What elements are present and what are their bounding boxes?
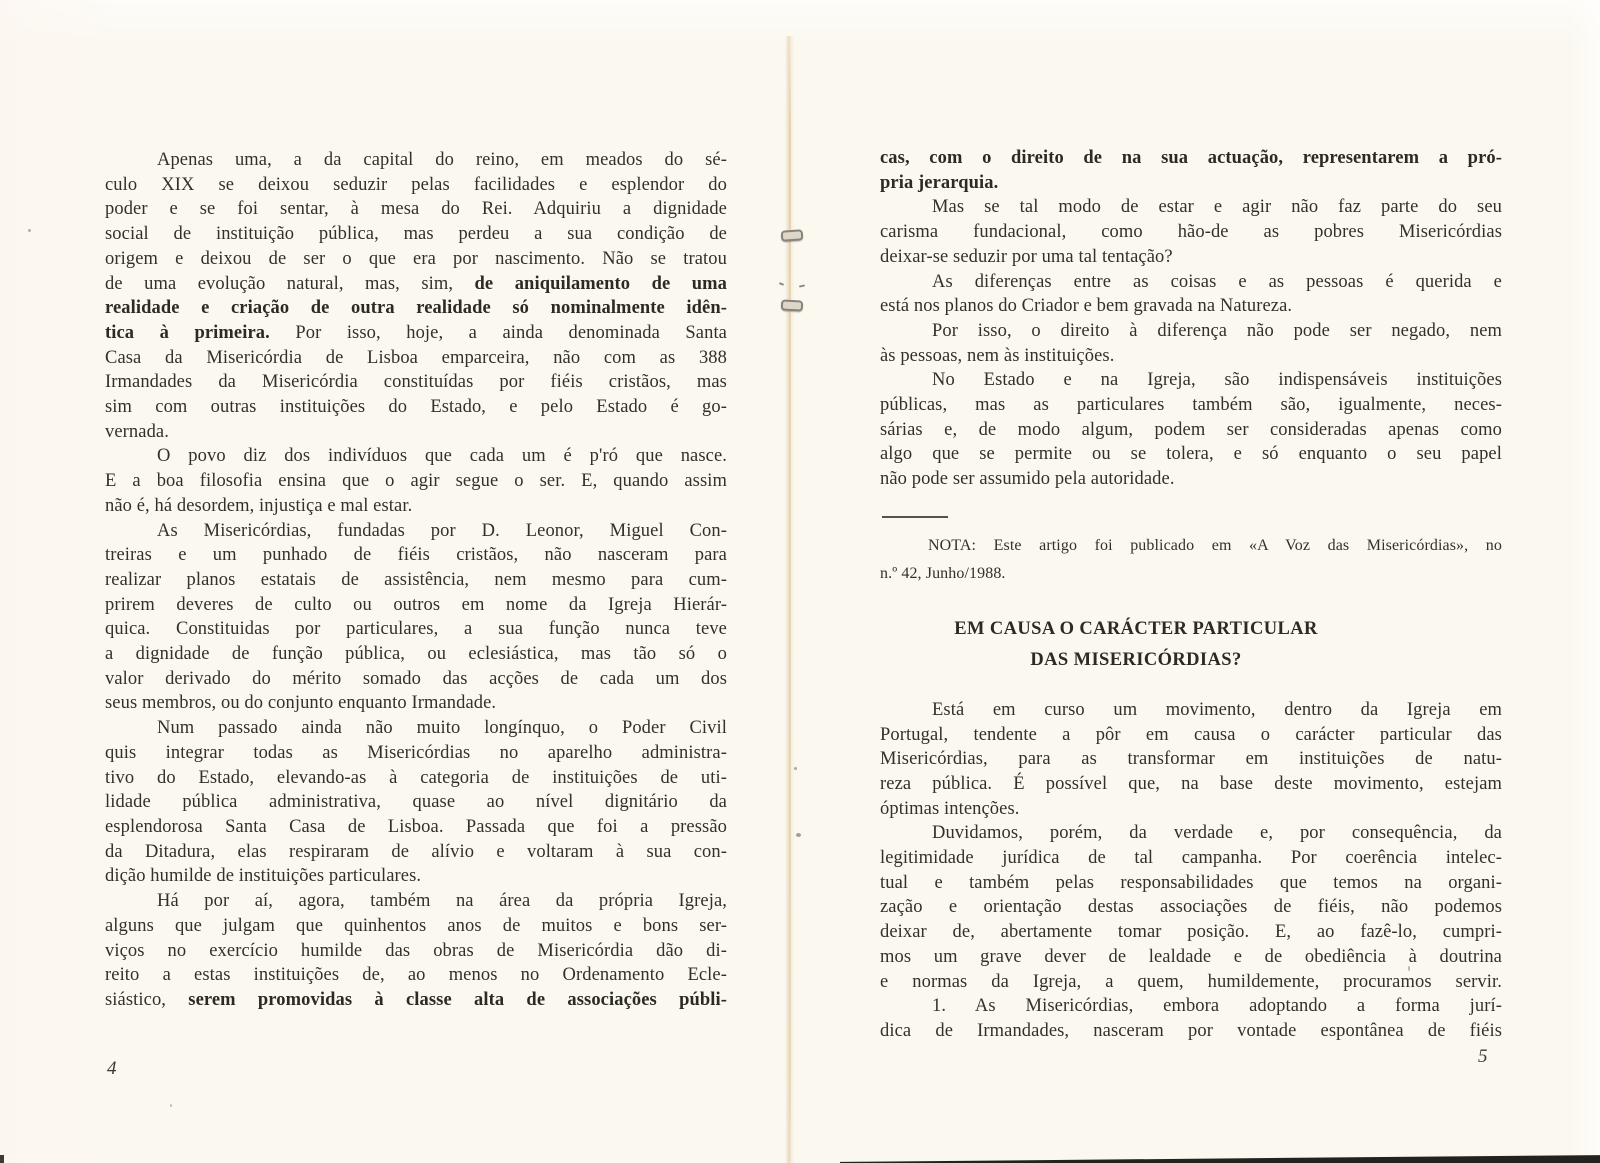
text-line: Misericórdias, para as transformar em in… [880,747,1502,772]
text-line: O povo diz dos indivíduos que cada um é … [105,444,727,469]
text-line: No Estado e na Igreja, são indispensávei… [880,368,1502,393]
binding-mark [779,282,784,286]
text-line: deixar de, abertamente tomar posição. E,… [880,920,1502,945]
text-line: sárias e, de modo algum, podem ser consi… [880,418,1502,443]
text-line: n.º 42, Junho/1988. [880,560,1502,588]
fold-line [789,36,791,1163]
text-line: Há por aí, agora, também na área da próp… [105,889,727,914]
scan-speck [28,229,31,232]
text-line: dica de Irmandades, nasceram por vontade… [880,1019,1502,1044]
text-line: tual e também pelas responsabilidades qu… [880,871,1502,896]
staple-icon [781,229,804,242]
text-line: realizar planos estatais de assistência,… [105,568,727,593]
text-line: seus membros, ou do conjunto enquanto Ir… [105,691,727,716]
text-line: Por isso, o direito à diferença não pode… [880,319,1502,344]
text-line: quica. Constituidas por particulares, a … [105,617,727,642]
text-line: de uma evolução natural, mas, sim, de an… [105,272,727,297]
page-number-left: 4 [107,1058,117,1080]
text-line: reito a estas instituições de, ao menos … [105,963,727,988]
right-text-column: cas, com o direito de na sua actuação, r… [880,146,1502,1044]
text-line: a dignidade de função pública, ou eclesi… [105,642,727,667]
text-line: origem e deixou de ser o que era por nas… [105,247,727,272]
binding-fold [785,36,795,1163]
text-line: culo XIX se deixou seduzir pelas facilid… [105,173,727,198]
binding-mark [799,284,805,287]
text-line: quis integrar todas as Misericórdias no … [105,741,727,766]
section-heading: EM CAUSA O CARÁCTER PARTICULAR DAS MISER… [825,614,1447,676]
right-top-paragraphs: cas, com o direito de na sua actuação, r… [880,146,1502,492]
text-line: públicas, mas as particulares também são… [880,393,1502,418]
text-line: algo que se permite ou se tolera, e só e… [880,442,1502,467]
text-line: prirem deveres de culto ou outros em nom… [105,593,727,618]
right-bottom-paragraphs: Está em curso um movimento, dentro da Ig… [880,698,1502,1044]
scan-speck [170,1104,172,1107]
scanner-edge-shadow [840,1154,1600,1163]
text-line: siástico, serem promovidas à classe alta… [105,988,727,1013]
text-line: tivo do Estado, elevando-as à categoria … [105,766,727,791]
scan-speck [1408,966,1410,971]
page-number-right: 5 [1478,1046,1488,1068]
text-line: realidade e criação de outra realidade s… [105,296,727,321]
text-line: treiras e um punhado de fiéis cristãos, … [105,543,727,568]
text-line: legitimidade jurídica de tal campanha. P… [880,846,1502,871]
text-line: Está em curso um movimento, dentro da Ig… [880,698,1502,723]
text-line: NOTA: Este artigo foi publicado em «A Vo… [880,532,1502,560]
text-line: óptimas intenções. [880,797,1502,822]
text-line: As Misericórdias, fundadas por D. Leonor… [105,519,727,544]
text-line: zação e orientação destas associações de… [880,895,1502,920]
text-line: Duvidamos, porém, da verdade e, por cons… [880,821,1502,846]
text-line: 1. As Misericórdias, embora adoptando a … [880,994,1502,1019]
text-line: pria jerarquia. [880,171,1502,196]
text-line: Casa da Misericórdia de Lisboa emparceir… [105,346,727,371]
text-line: e normas da Igreja, a quem, humildemente… [880,970,1502,995]
text-line: não é, há desordem, injustiça e mal esta… [105,494,727,519]
text-line: valor derivado do mérito somado das acçõ… [105,667,727,692]
text-line: tica à primeira. Por isso, hoje, a ainda… [105,321,727,346]
footnote-rule [882,516,948,518]
text-line: Mas se tal modo de estar e agir não faz … [880,195,1502,220]
text-line: reza pública. É possível que, na base de… [880,772,1502,797]
text-line: está nos planos do Criador e bem gravada… [880,294,1502,319]
footnote: NOTA: Este artigo foi publicado em «A Vo… [880,532,1502,588]
text-line: esplendorosa Santa Casa de Lisboa. Passa… [105,815,727,840]
text-line: vernada. [105,420,727,445]
text-line: às pessoas, nem às instituições. [880,344,1502,369]
text-line: deixar-se seduzir por uma tal tentação? [880,245,1502,270]
staple-icon [781,299,804,311]
left-text-column: Apenas uma, a da capital do reino, em me… [105,148,727,1013]
text-line: da Ditadura, elas respiraram de alívio e… [105,840,727,865]
text-line: poder e se foi sentar, à mesa do Rei. Ad… [105,197,727,222]
text-line: E a boa filosofia ensina que o agir segu… [105,469,727,494]
text-line: Apenas uma, a da capital do reino, em me… [105,148,727,173]
scan-speck [0,1155,4,1163]
text-line: social de instituição pública, mas perde… [105,222,727,247]
text-line: viços no exercício humilde das obras de … [105,939,727,964]
text-line: não pode ser assumido pela autoridade. [880,467,1502,492]
binding-mark [796,833,801,837]
text-line: Num passado ainda não muito longínquo, o… [105,716,727,741]
text-line: Portugal, tendente a pôr em causa o cará… [880,723,1502,748]
text-line: lidade pública administrativa, quase ao … [105,790,727,815]
text-line: As diferenças entre as coisas e as pesso… [880,270,1502,295]
text-line: carisma fundacional, como hão-de as pobr… [880,220,1502,245]
text-line: dição humilde de instituições particular… [105,864,727,889]
book-scan: Apenas uma, a da capital do reino, em me… [0,0,1600,1163]
section-heading-line2: DAS MISERICÓRDIAS? [825,645,1447,676]
text-line: alguns que julgam que quinhentos anos de… [105,914,727,939]
section-heading-line1: EM CAUSA O CARÁCTER PARTICULAR [825,614,1447,645]
text-line: cas, com o direito de na sua actuação, r… [880,146,1502,171]
text-line: sim com outras instituições do Estado, e… [105,395,727,420]
binding-mark [794,767,797,770]
text-line: Irmandades da Misericórdia constituídas … [105,370,727,395]
